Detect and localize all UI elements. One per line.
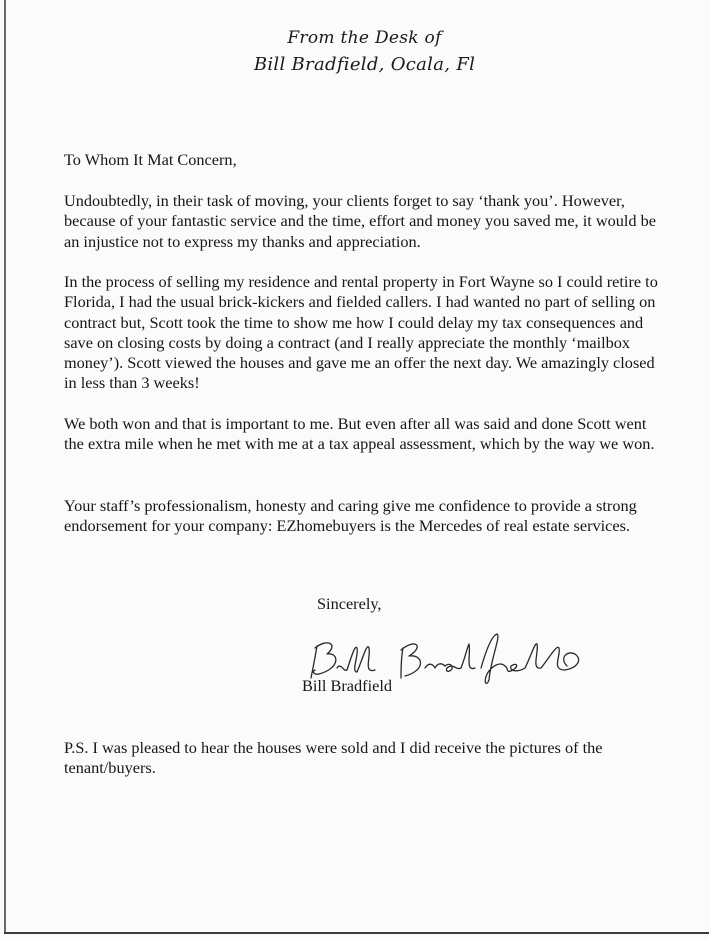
signer-name: Bill Bradfield <box>302 676 392 696</box>
salutation: To Whom It Mat Concern, <box>64 150 664 170</box>
page-edge-bottom <box>4 932 709 934</box>
closing: Sincerely, <box>317 594 382 614</box>
paragraph-thanks: Undoubtedly, in their task of moving, yo… <box>64 191 664 252</box>
page-edge-left <box>4 0 6 934</box>
postscript: P.S. I was pleased to hear the houses we… <box>64 738 664 779</box>
paragraph-endorsement: Your staff’s professionalism, honesty an… <box>64 496 664 537</box>
letterhead-line-1: From the Desk of <box>0 28 709 48</box>
paragraph-sale-story: In the process of selling my residence a… <box>64 272 664 394</box>
letter-page: From the Desk of Bill Bradfield, Ocala, … <box>0 0 709 940</box>
paragraph-extra-mile: We both won and that is important to me.… <box>64 414 664 455</box>
letterhead-line-2: Bill Bradfield, Ocala, Fl <box>0 54 709 75</box>
